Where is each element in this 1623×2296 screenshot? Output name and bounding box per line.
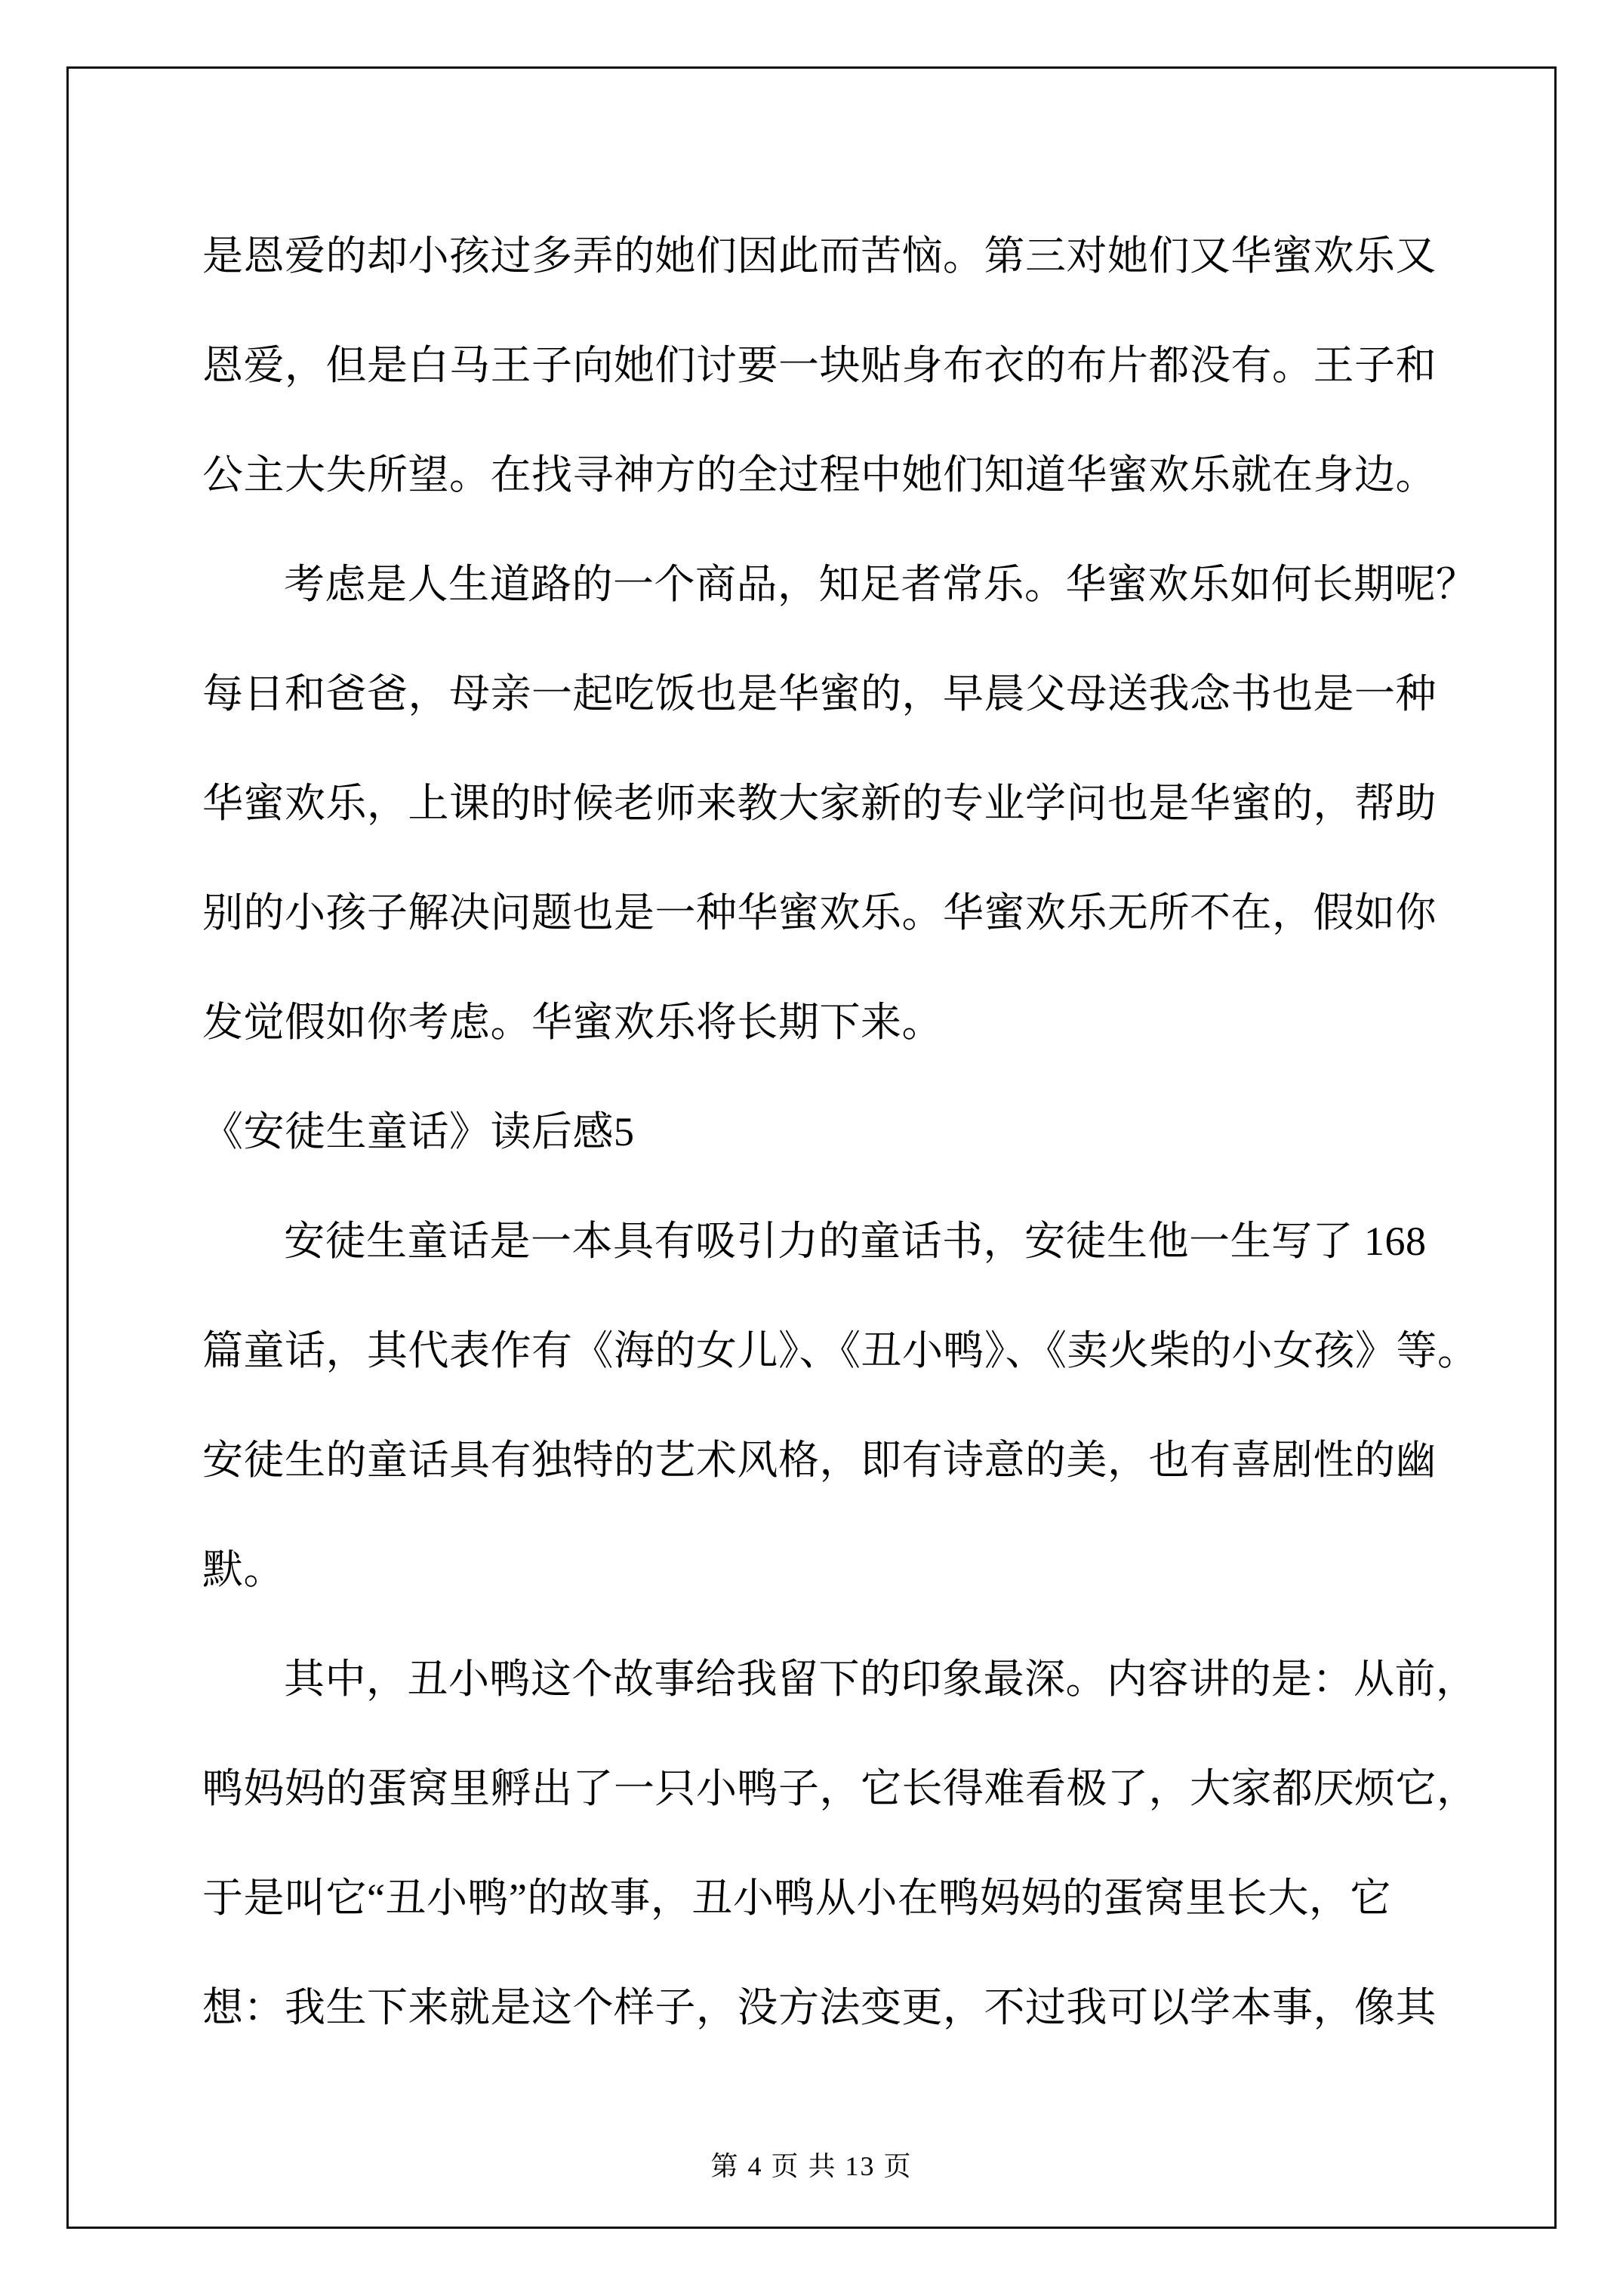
text-line: 篇童话，其代表作有《海的女儿》、《丑小鸭》、《卖火柴的小女孩》等。 — [202, 1296, 1486, 1406]
text-line: 其中，丑小鸭这个故事给我留下的印象最深。内容讲的是：从前， — [202, 1625, 1486, 1734]
page-footer: 第 4 页 共 13 页 — [69, 2145, 1554, 2187]
text-line: 华蜜欢乐，上课的时候老师来教大家新的专业学问也是华蜜的，帮助 — [202, 749, 1486, 858]
text-line: 考虑是人生道路的一个商品，知足者常乐。华蜜欢乐如何长期呢？ — [202, 530, 1486, 639]
text-line: 公主大失所望。在找寻神方的全过程中她们知道华蜜欢乐就在身边。 — [202, 421, 1486, 530]
text-line: 发觉假如你考虑。华蜜欢乐将长期下来。 — [202, 968, 1486, 1077]
text-line: 想：我生下来就是这个样子，没方法变更，不过我可以学本事，像其 — [202, 1953, 1486, 2063]
text-line: 鸭妈妈的蛋窝里孵出了一只小鸭子，它长得难看极了，大家都厌烦它， — [202, 1734, 1486, 1844]
page-number: 第 4 页 共 13 页 — [710, 2151, 912, 2181]
text-line: 每日和爸爸，母亲一起吃饭也是华蜜的，早晨父母送我念书也是一种 — [202, 639, 1486, 749]
text-block: 是恩爱的却小孩过多弄的她们因此而苦恼。第三对她们又华蜜欢乐又 恩爱，但是白马王子… — [202, 202, 1486, 2063]
text-line: 安徒生的童话具有独特的艺术风格，即有诗意的美，也有喜剧性的幽 — [202, 1406, 1486, 1515]
text-line: 于是叫它“丑小鸭”的故事，丑小鸭从小在鸭妈妈的蛋窝里长大，它 — [202, 1844, 1486, 1953]
text-line: 别的小孩子解决问题也是一种华蜜欢乐。华蜜欢乐无所不在，假如你 — [202, 858, 1486, 968]
text-line: 是恩爱的却小孩过多弄的她们因此而苦恼。第三对她们又华蜜欢乐又 — [202, 202, 1486, 311]
text-line: 默。 — [202, 1515, 1486, 1625]
text-line: 恩爱，但是白马王子向她们讨要一块贴身布衣的布片都没有。王子和 — [202, 311, 1486, 421]
section-heading: 《安徒生童话》读后感5 — [202, 1077, 1486, 1187]
page-border: 是恩爱的却小孩过多弄的她们因此而苦恼。第三对她们又华蜜欢乐又 恩爱，但是白马王子… — [66, 66, 1557, 2229]
text-line: 安徒生童话是一本具有吸引力的童话书，安徒生他一生写了 168 — [202, 1187, 1486, 1296]
